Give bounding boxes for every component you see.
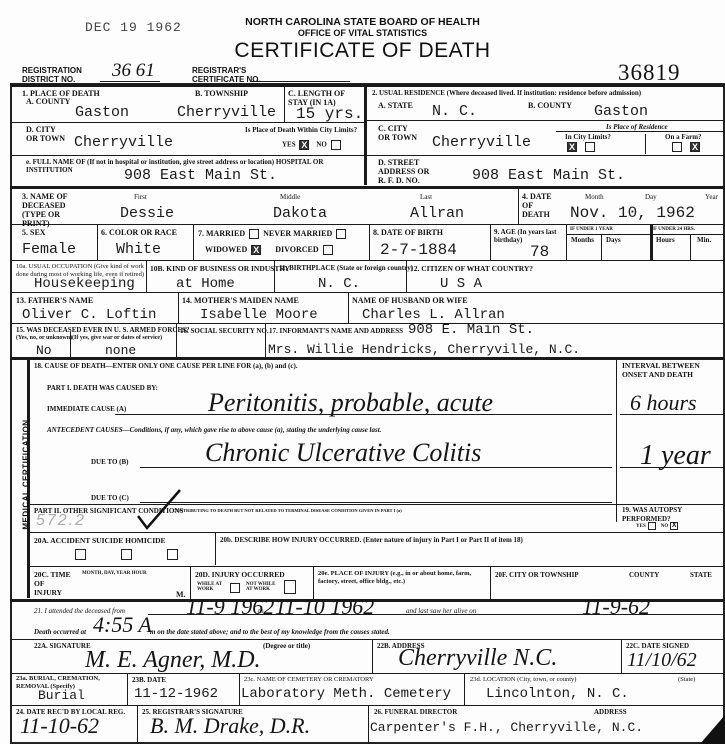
married-label: 7. MARRIED (198, 229, 245, 238)
in-city-yes-checkbox[interactable]: X (567, 142, 577, 152)
signature-label: 22a. SIGNATURE (34, 642, 91, 651)
armed-forces-sub2: (If yes, give war or dates of service) (72, 334, 162, 342)
deceased-name-label: 3. NAME OF DECEASED (Type or Print) (22, 192, 82, 228)
service-value: none (105, 343, 136, 358)
office-name: OFFICE OF VITAL STATISTICS (0, 28, 725, 38)
within-limits-yes-checkbox[interactable]: X (299, 140, 309, 150)
corner-shadow (700, 715, 725, 744)
age-label: 9. AGE (In years last birthday) (494, 228, 564, 244)
residence-city-value: Cherryville (432, 134, 531, 151)
death-township-value: Cherryville (177, 104, 276, 121)
middle-name-label: Middle (280, 193, 300, 201)
within-limits-yes-label: YES (282, 141, 296, 149)
within-limits-no-label: NO (316, 141, 327, 149)
autopsy-no-checkbox[interactable]: X (670, 522, 678, 530)
mother-maiden-name-label: 14. MOTHER'S MAIDEN NAME (182, 296, 299, 305)
street-address-value: 908 East Main St. (472, 167, 625, 184)
mother-maiden-name-value: Isabelle Moore (200, 307, 318, 323)
immediate-cause-interval: 6 hours (630, 390, 697, 416)
burial-location-value: Lincolnton, N. C. (486, 686, 629, 702)
father-name-label: 13. FATHER'S NAME (16, 296, 93, 305)
married-checkbox[interactable] (249, 229, 259, 239)
under-1-year-label: IF UNDER 1 YEAR (570, 227, 613, 232)
document-title: CERTIFICATE OF DEATH (0, 39, 725, 63)
city-of-injury-label: 20f. CITY OR TOWNSHIP (495, 571, 579, 580)
date-signed-value: 11/10/62 (627, 649, 697, 672)
time-of-injury-sub: MONTH, DAY, YEAR HOUR (82, 571, 147, 576)
date-of-death-value: Nov. 10, 1962 (570, 204, 695, 222)
divorced-checkbox[interactable] (323, 245, 333, 255)
spouse-name-label: NAME OF HUSBAND OR WIFE (352, 296, 468, 305)
agency-name: NORTH CAROLINA STATE BOARD OF HEALTH (0, 16, 725, 28)
death-time-suffix: m on the date stated above; and to the b… (150, 628, 390, 636)
never-married-checkbox[interactable] (336, 229, 346, 239)
registration-district-label: REGISTRATION DISTRICT NO. (22, 66, 102, 84)
residence-label: 2. USUAL RESIDENCE (Where deceased lived… (372, 89, 725, 97)
date-of-birth-label: 8. DATE OF BIRTH (373, 228, 443, 237)
sex-label: 5. SEX (22, 228, 46, 237)
to-label: to (258, 607, 263, 615)
interval-label: INTERVAL BETWEEN ONSET AND DEATH (622, 361, 725, 379)
disease-code: 572.2 (36, 512, 86, 530)
in-city-limits-label: In City Limits? (565, 133, 611, 141)
place-of-injury-label: 20e. PLACE OF INJURY (e.g., in or about … (318, 570, 483, 586)
burial-location-label: 23d. LOCATION (City, town, or county) (470, 676, 576, 684)
birthplace-value: N. C. (318, 276, 360, 292)
due-to-c-label: DUE TO (c) (91, 494, 129, 503)
citizen-value: U S A (440, 276, 482, 292)
immediate-cause-label: IMMEDIATE CAUSE (a) (47, 405, 126, 414)
place-of-residence-label: Is Place of Residence (606, 123, 668, 131)
burial-date-label: 23b. DATE (132, 676, 166, 685)
registrar-signature-value: B. M. Drake, D.R. (150, 713, 310, 739)
business-label: 10b. KIND OF BUSINESS OR INDUSTRY (150, 264, 290, 273)
not-while-at-work-label: NOT WHILE AT WORK (246, 582, 280, 592)
date-of-birth-value: 2-7-1884 (380, 241, 457, 259)
suicide-checkbox[interactable] (121, 549, 132, 560)
residence-county-label: b. COUNTY (528, 101, 572, 110)
cause-of-death-label: 18. CAUSE OF DEATH—ENTER ONLY ONE CAUSE … (34, 362, 298, 370)
citizen-label: 12. CITIZEN OF WHAT COUNTRY? (410, 264, 533, 273)
homicide-checkbox[interactable] (167, 549, 178, 560)
death-county-value: Gaston (75, 104, 129, 121)
burial-date-value: 11-12-1962 (134, 686, 218, 702)
on-farm-no-checkbox[interactable]: X (690, 142, 700, 152)
injury-occurred-label: 20d. INJURY OCCURRED (195, 570, 285, 579)
birthplace-label: 11. BIRTHPLACE (State or foreign country… (279, 264, 413, 272)
within-limits-no-checkbox[interactable] (331, 140, 341, 150)
death-city-value: Cherryville (74, 134, 173, 151)
m-label: M. (176, 590, 186, 599)
physician-address-value: Cherryville N.C. (398, 645, 557, 672)
death-time-value: 4:55 A (93, 612, 152, 638)
within-city-limits-label: Is Place of Death Within City Limits? (245, 126, 365, 134)
degree-label: (Degree or title) (263, 642, 310, 650)
street-address-label: d. STREET ADDRESS or R. F. D. NO. (378, 158, 438, 185)
date-received-value: 11-10-62 (20, 713, 99, 739)
hospital-value: 908 East Main St. (124, 167, 277, 184)
injury-description-label: 20b. DESCRIBE HOW INJURY OCCURRED. (Ente… (220, 536, 523, 545)
never-married-label: NEVER MARRIED (263, 229, 332, 238)
race-label: 6. COLOR OR RACE (101, 228, 177, 237)
medical-certification-label: MEDICAL CERTIFICATION (22, 405, 31, 545)
occupation-value: Housekeeping (34, 276, 135, 292)
months-label: Months (571, 236, 594, 244)
length-of-stay-value: 15 yrs. (296, 105, 363, 123)
residence-county-value: Gaston (594, 103, 648, 120)
funeral-director-value: Carpenter's F.H., Cherryville, N.C. (370, 720, 643, 735)
state-column-label: STATE (690, 571, 712, 580)
under-24-hours-label: IF UNDER 24 HRS. (652, 227, 695, 232)
sex-value: Female (22, 241, 76, 258)
residence-city-label: c. CITY OR TOWN (378, 124, 418, 142)
city-label: d. CITY OR TOWN (26, 125, 66, 143)
immediate-cause-value: Peritonitis, probable, acute (208, 388, 493, 418)
due-to-b-interval: 1 year (640, 440, 711, 472)
due-to-b-value: Chronic Ulcerative Colitis (205, 438, 481, 468)
last-saw-value: 11-9-62 (582, 594, 650, 620)
due-to-b-label: DUE TO (b) (91, 458, 128, 467)
last-saw-label: and last saw her alive on (406, 607, 476, 615)
first-name-label: First (134, 193, 147, 201)
death-occurred-label: Death occurred at (34, 628, 86, 636)
informant-value: Mrs. Willie Hendricks, Cherryville, N.C. (268, 342, 580, 357)
hours-label: Hours (656, 236, 675, 244)
not-while-at-work-checkbox[interactable] (284, 580, 296, 594)
part2-sub-label: CONTRIBUTING TO DEATH BUT NOT RELATED TO… (173, 508, 402, 513)
funeral-director-label: 26. FUNERAL DIRECTOR (374, 708, 457, 717)
year-label: Year (705, 193, 718, 201)
township-label: b. TOWNSHIP (195, 89, 248, 98)
race-value: White (116, 241, 161, 258)
age-value: 78 (530, 243, 549, 261)
day-label: Day (645, 193, 657, 201)
month-label: Month (585, 193, 604, 201)
county-label: a. COUNTY (26, 97, 70, 106)
widowed-checkbox[interactable]: X (251, 245, 261, 255)
residence-state-value: N. C. (432, 103, 477, 120)
burial-type-value: Burial (38, 688, 85, 703)
days-label: Days (606, 236, 621, 244)
time-of-injury-label: 20c. TIME OF INJURY (34, 570, 74, 597)
last-name-label: Last (420, 193, 432, 201)
divorced-label: DIVORCED (275, 245, 318, 254)
in-city-no-checkbox[interactable] (585, 142, 595, 152)
minutes-label: Min. (697, 236, 711, 244)
father-name-value: Oliver C. Loftin (22, 307, 156, 323)
residence-state-label: a. STATE (378, 101, 413, 110)
county-column-label: COUNTY (629, 571, 659, 580)
while-at-work-label: WHILE AT WORK (197, 582, 227, 592)
on-farm-label: On a Farm? (665, 133, 702, 141)
antecedent-causes-label: ANTECEDENT CAUSES—Conditions, if any, wh… (47, 426, 381, 434)
on-farm-yes-checkbox[interactable] (672, 142, 682, 152)
widowed-label: WIDOWED (205, 245, 247, 254)
ssn-label: 16. SOCIAL SECURITY NO. (180, 327, 269, 336)
accident-checkbox[interactable] (75, 549, 86, 560)
while-at-work-checkbox[interactable] (230, 583, 240, 593)
last-name-value: Allran (410, 205, 464, 222)
cemetery-value: Laboratory Meth. Cemetery (241, 686, 451, 702)
physician-signature: M. E. Agner, M.D. (85, 647, 261, 674)
business-value: at Home (176, 276, 235, 292)
cemetery-label: 23c. NAME OF CEMETERY OR CREMATORY (244, 676, 374, 684)
middle-name-value: Dakota (273, 205, 327, 222)
spouse-name-value: Charles L. Allran (362, 307, 505, 323)
funeral-address-label: ADDRESS (594, 708, 627, 717)
accident-suicide-homicide-label: 20a. ACCIDENT SUICIDE HOMICIDE (34, 536, 166, 545)
first-name-value: Dessie (120, 205, 174, 222)
informant-label: 17. INFORMANT'S NAME AND ADDRESS (269, 327, 403, 336)
date-of-death-label: 4. DATE OF DEATH (522, 192, 552, 219)
part1-label: PART I. DEATH WAS CAUSED BY: (47, 384, 158, 392)
registration-district-value: 36 61 (112, 60, 155, 82)
attended-to-value: 11-10 1962 (275, 594, 374, 620)
burial-state-label: (State) (678, 676, 695, 684)
autopsy-yes-checkbox[interactable] (648, 522, 656, 530)
informant-address-value: 908 E. Main St. (408, 322, 534, 338)
armed-forces-value: No (36, 343, 52, 358)
armed-forces-sub1: (Yes, no, or unknown) (16, 334, 72, 342)
